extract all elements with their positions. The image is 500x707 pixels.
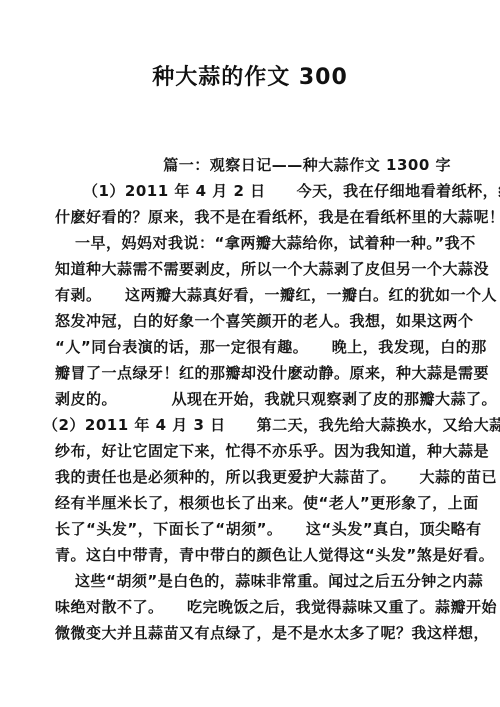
text-line: 一早，妈妈对我说：“拿两瓣大蒜给你，试着种一种。”我不 [55, 230, 455, 256]
text-line: “人”同台表演的话，那一定很有趣。 晚上，我发现，白的那 [55, 334, 455, 360]
page-title: 种大蒜的作文 300 [0, 60, 500, 91]
text-line: （1）2011 年 4 月 2 日 今天，我在仔细地看着纸杯，纸杯 [55, 178, 455, 204]
document-page: 种大蒜的作文 300 篇一：观察日记——种大蒜作文 1300 字 （1）2011… [0, 0, 500, 707]
text-line: 瓣冒了一点绿牙！红的那瓣却没什麽动静。原来，种大蒜是需要 [55, 360, 455, 386]
text-line: 这些“胡须”是白色的，蒜味非常重。闻过之后五分钟之内蒜 [55, 568, 455, 594]
text-line: 我的责任也是必须种的，所以我更爱护大蒜苗了。 大蒜的苗已 [55, 464, 455, 490]
text-line: （2）2011 年 4 月 3 日 第二天，我先给大蒜换水，又给大蒜垫 [43, 412, 455, 438]
text-line: 味绝对散不了。 吃完晚饭之后，我觉得蒜味又重了。蒜瓣开始 [55, 594, 455, 620]
text-line: 有剥。 这两瓣大蒜真好看，一瓣红，一瓣白。红的犹如一个人 [55, 282, 455, 308]
text-line: 青。这白中带青，青中带白的颜色让人觉得这“头发”煞是好看。 [55, 542, 455, 568]
essay-section-heading: 篇一：观察日记——种大蒜作文 1300 字 [55, 152, 455, 178]
document-body: 篇一：观察日记——种大蒜作文 1300 字 （1）2011 年 4 月 2 日 … [55, 152, 455, 646]
text-line: 微微变大并且蒜苗又有点绿了，是不是水太多了呢？我这样想， [55, 620, 455, 646]
text-line: 经有半厘米长了，根须也长了出来。使“老人”更形象了，上面 [55, 490, 455, 516]
text-line: 知道种大蒜需不需要剥皮，所以一个大蒜剥了皮但另一个大蒜没 [55, 256, 455, 282]
text-line: 什麽好看的？原来，我不是在看纸杯，我是在看纸杯里的大蒜呢！ [55, 204, 455, 230]
text-line: 剥皮的。 从现在开始，我就只观察剥了皮的那瓣大蒜了。 [55, 386, 455, 412]
text-line: 怒发冲冠，白的好象一个喜笑颜开的老人。我想，如果这两个 [55, 308, 455, 334]
text-line: 长了“头发”，下面长了“胡须”。 这“头发”真白，顶尖略有 [55, 516, 455, 542]
text-line: 纱布，好让它固定下来，忙得不亦乐乎。因为我知道，种大蒜是 [55, 438, 455, 464]
